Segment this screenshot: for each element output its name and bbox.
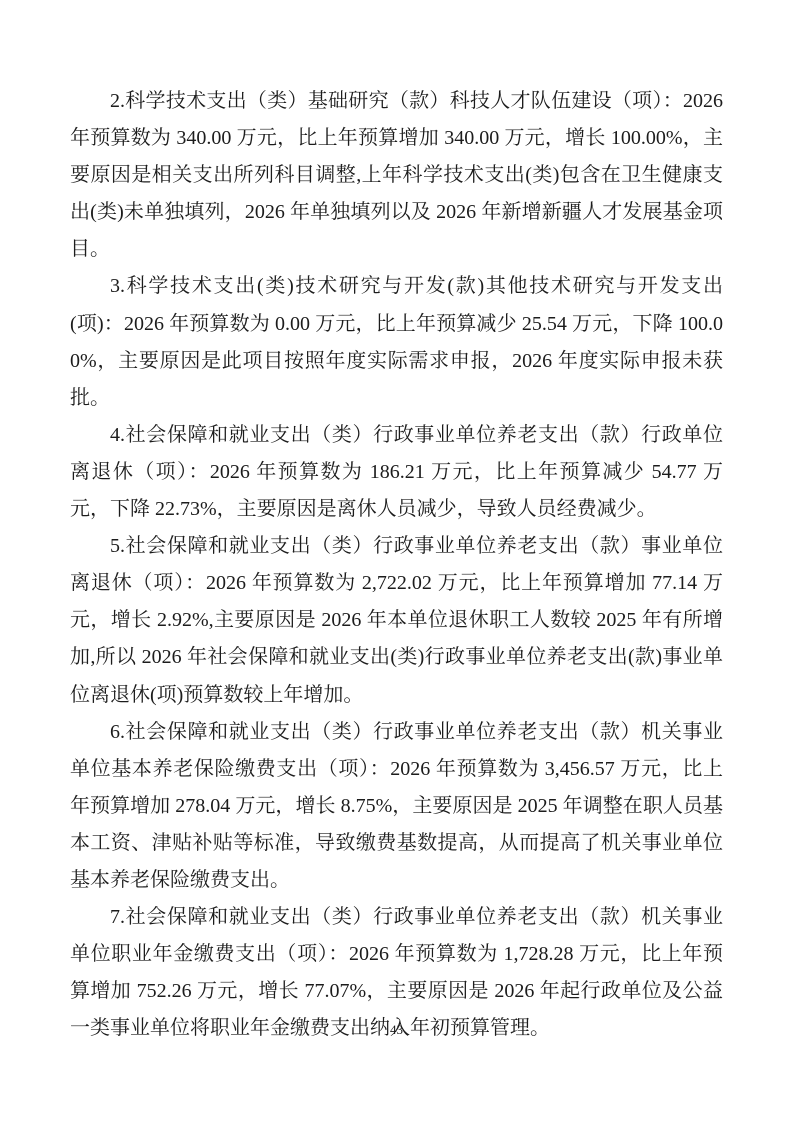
paragraph-budget-item-5: 5.社会保障和就业支出（类）行政事业单位养老支出（款）事业单位离退休（项）：20… [70,528,723,713]
paragraph-budget-item-4: 4.社会保障和就业支出（类）行政事业单位养老支出（款）行政单位离退休（项）：20… [70,417,723,528]
document-page: 2.科学技术支出（类）基础研究（款）科技人才队伍建设（项）：2026 年预算数为… [0,0,793,1122]
document-body: 2.科学技术支出（类）基础研究（款）科技人才队伍建设（项）：2026 年预算数为… [70,83,723,1047]
paragraph-budget-item-2: 2.科学技术支出（类）基础研究（款）科技人才队伍建设（项）：2026 年预算数为… [70,83,723,268]
page-footer: 43 [0,1021,793,1039]
paragraph-budget-item-6: 6.社会保障和就业支出（类）行政事业单位养老支出（款）机关事业单位基本养老保险缴… [70,714,723,899]
paragraph-budget-item-3: 3.科学技术支出(类)技术研究与开发(款)其他技术研究与开发支出(项)：2026… [70,268,723,416]
page-number: 43 [390,1022,403,1037]
